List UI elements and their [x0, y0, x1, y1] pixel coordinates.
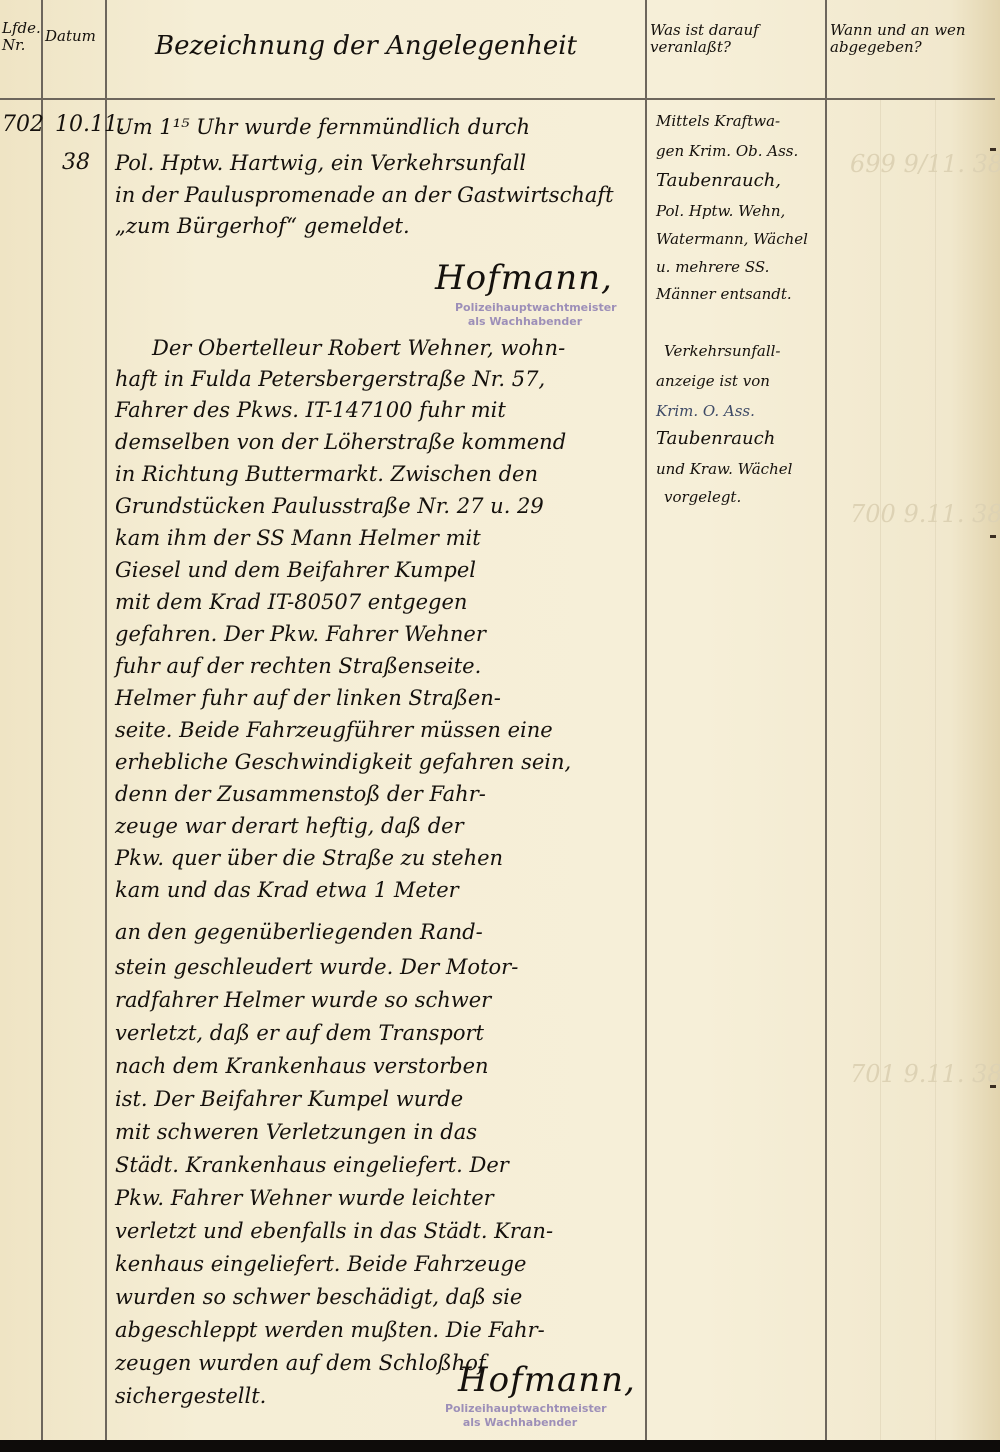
action-line: u. mehrere SS.: [656, 258, 769, 276]
paragraph1-line: Pol. Hptw. Hartwig, ein Verkehrsunfall: [115, 151, 526, 175]
paragraph2-line: Pkw. quer über die Straße zu stehen: [115, 846, 503, 870]
action-line: und Kraw. Wächel: [656, 460, 792, 478]
paragraph2-line: kam ihm der SS Mann Helmer mit: [115, 526, 481, 550]
action-line: gen Krim. Ob. Ass.: [656, 142, 798, 160]
action-line: Taubenrauch: [656, 428, 775, 449]
paragraph2-line: Der Obertelleur Robert Wehner, wohn-: [152, 336, 565, 360]
header-action: Was ist darauf veranlaßt?: [650, 22, 822, 57]
signature-hofmann: Hofmann,: [458, 1360, 636, 1400]
stamp-line: Polizeihauptwachtmeister: [455, 301, 595, 315]
action-line: vorgelegt.: [664, 488, 741, 506]
paragraph2-line: mit schweren Verletzungen in das: [115, 1120, 477, 1144]
paragraph2-line: verletzt, daß er auf dem Transport: [115, 1021, 484, 1045]
paragraph2-line: sichergestellt.: [115, 1384, 266, 1408]
paragraph2-line: Helmer fuhr auf der linken Straßen-: [115, 686, 501, 710]
header-rule: [0, 98, 995, 100]
stamp-line: Polizeihauptwachtmeister: [445, 1402, 595, 1416]
action-line: Krim. O. Ass.: [656, 402, 755, 420]
signature-hofmann: Hofmann,: [435, 258, 613, 298]
paragraph2-line: abgeschleppt werden mußten. Die Fahr-: [115, 1318, 545, 1342]
binding-mark: [990, 148, 996, 151]
column-rule-action: [825, 0, 827, 1440]
column-rule-number: [41, 0, 43, 1440]
bleed-through-rule: [935, 100, 936, 1440]
action-line: Männer entsandt.: [656, 285, 792, 303]
paragraph2-line: Grundstücken Paulusstraße Nr. 27 u. 29: [115, 494, 544, 518]
officer-stamp: Polizeihauptwachtmeister als Wachhabende…: [455, 301, 595, 330]
stamp-line: als Wachhabender: [455, 315, 595, 329]
action-line: Mittels Kraftwa-: [656, 112, 780, 130]
bleed-through-entry: 699 9/11. 38: [850, 150, 1000, 178]
header-description: Bezeichnung der Angelegenheit: [155, 32, 615, 62]
bleed-through-rule: [880, 100, 881, 1440]
binding-mark: [990, 535, 996, 538]
paragraph2-line: seite. Beide Fahrzeugführer müssen eine: [115, 718, 553, 742]
header-number: Lfde. Nr.: [2, 20, 40, 55]
paragraph2-line: denn der Zusammenstoß der Fahr-: [115, 782, 486, 806]
entry-date-line2: 38: [62, 150, 90, 175]
column-rule-date: [105, 0, 107, 1440]
action-line: Verkehrsunfall-: [664, 342, 780, 360]
paragraph1-line: „zum Bürgerhof“ gemeldet.: [115, 214, 410, 238]
action-line: anzeige ist von: [656, 372, 770, 390]
binding-mark: [990, 1085, 996, 1088]
entry-number: 702: [2, 112, 44, 137]
paragraph2-line: in Richtung Buttermarkt. Zwischen den: [115, 462, 538, 486]
paragraph2-line: radfahrer Helmer wurde so schwer: [115, 988, 491, 1012]
stamp-line: als Wachhabender: [445, 1416, 595, 1430]
paragraph2-line: haft in Fulda Petersbergerstraße Nr. 57,: [115, 367, 545, 391]
paragraph2-line: demselben von der Löherstraße kommend: [115, 430, 566, 454]
paragraph2-line: fuhr auf der rechten Straßenseite.: [115, 654, 481, 678]
paragraph2-line: wurden so schwer beschädigt, daß sie: [115, 1285, 522, 1309]
paragraph2-line: Städt. Krankenhaus eingeliefert. Der: [115, 1153, 509, 1177]
scan-bottom-edge: [0, 1440, 1000, 1452]
column-rule-description: [645, 0, 647, 1440]
paragraph1-line: in der Pauluspromenade an der Gastwirtsc…: [115, 183, 614, 207]
paragraph2-line: zeuge war derart heftig, daß der: [115, 814, 464, 838]
paragraph2-line: kam und das Krad etwa 1 Meter: [115, 878, 459, 902]
header-date: Datum: [45, 28, 103, 45]
paragraph1-line: Um 1¹⁵ Uhr wurde fernmündlich durch: [115, 115, 530, 139]
paragraph2-line: gefahren. Der Pkw. Fahrer Wehner: [115, 622, 486, 646]
paragraph2-line: zeugen wurden auf dem Schloßhof: [115, 1351, 486, 1375]
paragraph2-line: Fahrer des Pkws. IT-147100 fuhr mit: [115, 398, 506, 422]
bleed-through-entry: 701 9.11. 38: [850, 1060, 1000, 1088]
header-handed: Wann und an wen abgegeben?: [830, 22, 995, 57]
paragraph2-line: erhebliche Geschwindigkeit gefahren sein…: [115, 750, 571, 774]
action-line: Taubenrauch,: [656, 170, 781, 191]
paragraph2-line: Giesel und dem Beifahrer Kumpel: [115, 558, 476, 582]
action-line: Watermann, Wächel: [656, 230, 808, 248]
log-page: 699 9/11. 38 700 9.11. 38 701 9.11. 38 L…: [0, 0, 1000, 1440]
bleed-through-entry: 700 9.11. 38: [850, 500, 1000, 528]
paragraph2-line: ist. Der Beifahrer Kumpel wurde: [115, 1087, 463, 1111]
paragraph2-line: an den gegenüberliegenden Rand-: [115, 920, 483, 944]
paragraph2-line: Pkw. Fahrer Wehner wurde leichter: [115, 1186, 494, 1210]
paragraph2-line: nach dem Krankenhaus verstorben: [115, 1054, 489, 1078]
officer-stamp: Polizeihauptwachtmeister als Wachhabende…: [445, 1402, 595, 1431]
paragraph2-line: stein geschleudert wurde. Der Motor-: [115, 955, 518, 979]
action-line: Pol. Hptw. Wehn,: [656, 202, 785, 220]
paragraph2-line: verletzt und ebenfalls in das Städt. Kra…: [115, 1219, 553, 1243]
paragraph2-line: mit dem Krad IT-80507 entgegen: [115, 590, 467, 614]
paragraph2-line: kenhaus eingeliefert. Beide Fahrzeuge: [115, 1252, 526, 1276]
